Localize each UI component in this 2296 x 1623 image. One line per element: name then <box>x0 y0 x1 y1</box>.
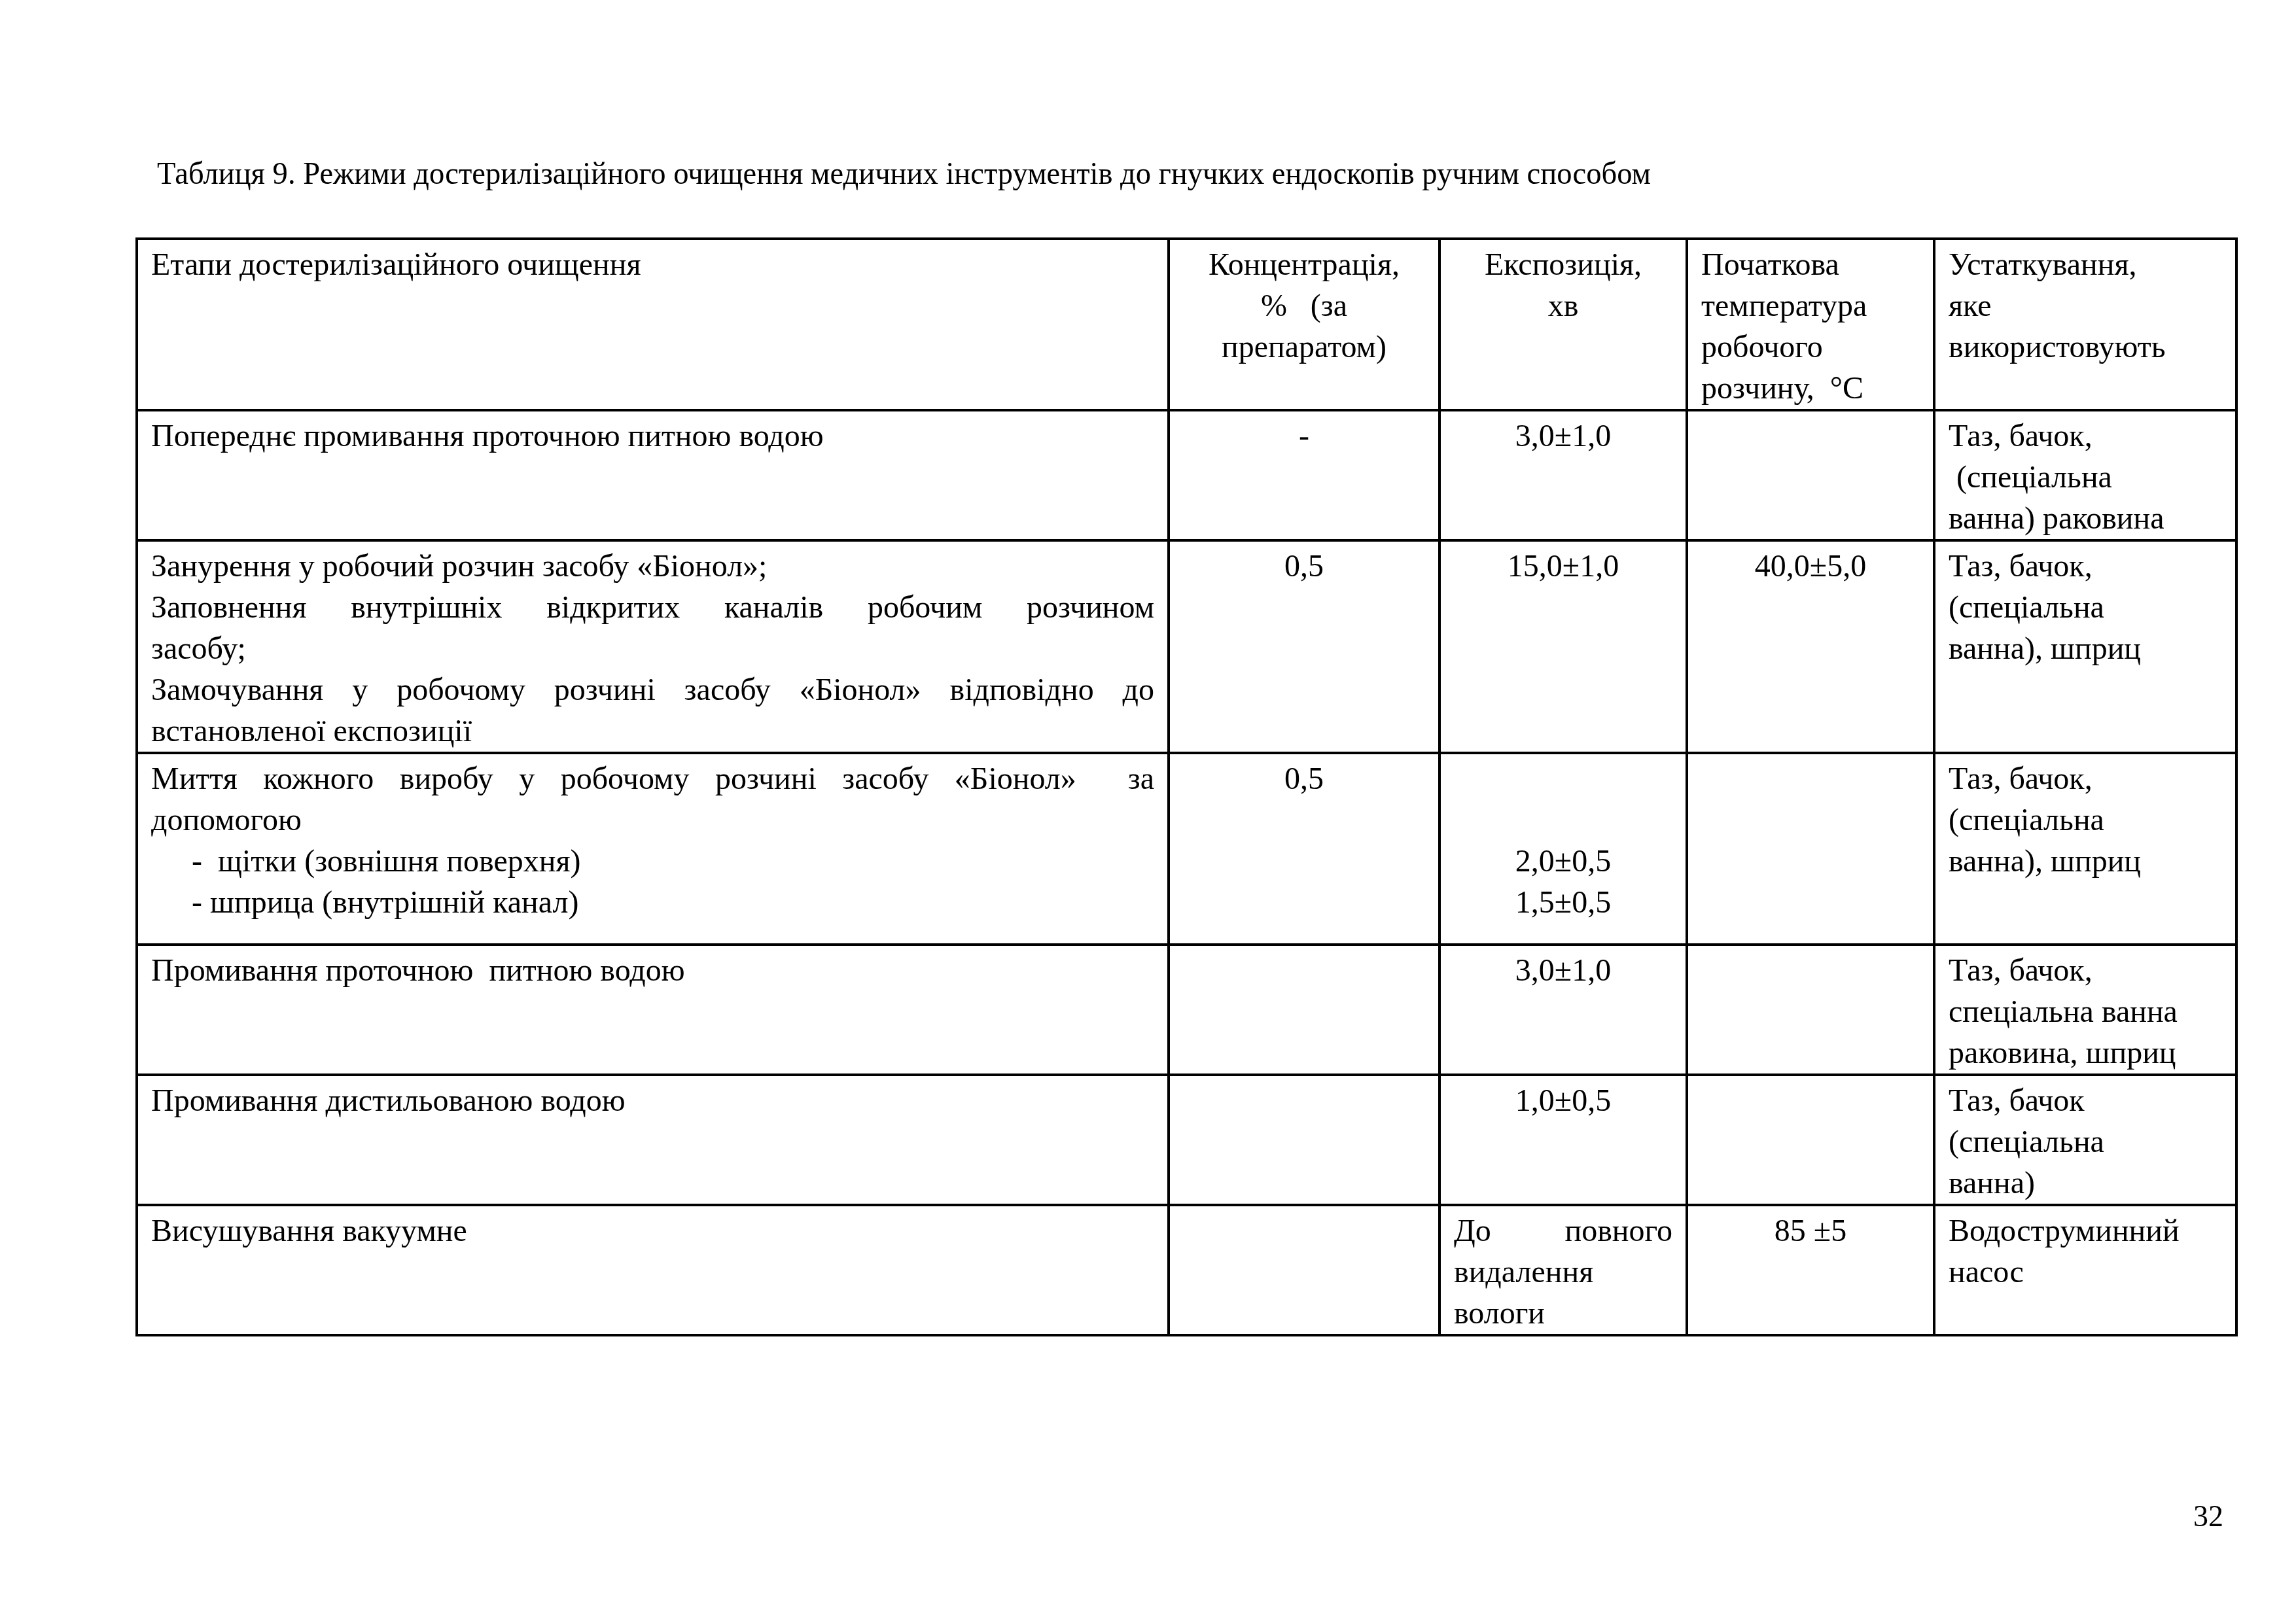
cell-exposure: 3,0±1,0 <box>1439 410 1687 540</box>
cell-concentration <box>1169 945 1439 1075</box>
page-number: 32 <box>2193 1498 2223 1535</box>
cell-temperature <box>1687 410 1934 540</box>
exposure-value: 2,0±0,5 <box>1454 841 1672 882</box>
stage-list-item: - щітки (зовнішня поверхня) <box>151 841 1154 882</box>
stage-text: Заповнення внутрішніх відкритих каналів … <box>151 587 1154 628</box>
cell-temperature <box>1687 945 1934 1075</box>
equipment-text: ванна) раковина <box>1949 498 2222 539</box>
exposure-value: 15,0±1,0 <box>1454 546 1672 587</box>
cell-temperature <box>1687 1075 1934 1205</box>
temperature-value: 40,0±5,0 <box>1701 546 1920 587</box>
cell-stage: Миття кожного виробу у робочому розчині … <box>137 753 1169 945</box>
header-stage: Етапи достерилізаційного очищення <box>137 239 1169 410</box>
stage-list-item: - шприца (внутрішній канал) <box>151 882 1154 923</box>
header-text: робочого <box>1701 326 1920 368</box>
equipment-text: (спеціальна <box>1949 457 2222 498</box>
table-row: Промивання проточною питною водою 3,0±1,… <box>137 945 2236 1075</box>
equipment-text: ванна) <box>1949 1162 2222 1204</box>
exposure-value: видалення <box>1454 1251 1672 1293</box>
exposure-value: вологи <box>1454 1293 1672 1334</box>
header-text: використовують <box>1949 326 2222 368</box>
cell-stage: Промивання проточною питною водою <box>137 945 1169 1075</box>
stage-text: Занурення у робочий розчин засобу «Біоно… <box>151 546 1154 587</box>
exposure-value: 3,0±1,0 <box>1454 415 1672 457</box>
stage-text: Замочування у робочому розчині засобу «Б… <box>151 669 1154 710</box>
stage-text: встановленої експозиції <box>151 710 1154 752</box>
cell-exposure: 3,0±1,0 <box>1439 945 1687 1075</box>
header-text: розчину, °С <box>1701 368 1920 409</box>
stage-text: Висушування вакуумне <box>151 1210 1154 1251</box>
stage-text: допомогою <box>151 799 1154 841</box>
temperature-value: 85 ±5 <box>1701 1210 1920 1251</box>
header-equipment: Устаткування, яке використовують <box>1934 239 2236 410</box>
table-header-row: Етапи достерилізаційного очищення Концен… <box>137 239 2236 410</box>
cell-stage: Промивання дистильованою водою <box>137 1075 1169 1205</box>
table-caption: Таблиця 9. Режими достерилізаційного очи… <box>157 154 1651 194</box>
table-row: Попереднє промивання проточною питною во… <box>137 410 2236 540</box>
equipment-text: насос <box>1949 1251 2231 1293</box>
header-text: хв <box>1454 285 1672 326</box>
cell-exposure: 15,0±1,0 <box>1439 540 1687 753</box>
exposure-value: 1,5±0,5 <box>1454 882 1672 923</box>
cell-concentration <box>1169 1205 1439 1335</box>
equipment-text: раковина, шприц <box>1949 1032 2231 1073</box>
equipment-text: Таз, бачок <box>1949 1080 2222 1121</box>
spacer <box>1454 799 1672 841</box>
table-row: Промивання дистильованою водою 1,0±0,5 Т… <box>137 1075 2236 1205</box>
cell-stage: Занурення у робочий розчин засобу «Біоно… <box>137 540 1169 753</box>
equipment-text: Таз, бачок, <box>1949 415 2222 457</box>
header-text: температура <box>1701 285 1920 326</box>
cell-concentration <box>1169 1075 1439 1205</box>
cell-exposure: До повного видалення вологи <box>1439 1205 1687 1335</box>
cell-stage: Висушування вакуумне <box>137 1205 1169 1335</box>
header-text: препаратом) <box>1183 326 1425 368</box>
spacer <box>1454 758 1672 799</box>
cell-equipment: Таз, бачок, (спеціальна ванна), шприц <box>1934 753 2236 945</box>
stage-text: Промивання проточною питною водою <box>151 950 1154 991</box>
cell-equipment: Таз, бачок, спеціальна ванна раковина, ш… <box>1934 945 2236 1075</box>
equipment-text: (спеціальна <box>1949 1121 2222 1162</box>
cell-temperature: 85 ±5 <box>1687 1205 1934 1335</box>
cell-concentration: 0,5 <box>1169 753 1439 945</box>
cleaning-modes-table: Етапи достерилізаційного очищення Концен… <box>135 237 2238 1336</box>
equipment-text: Таз, бачок, <box>1949 546 2222 587</box>
equipment-text: Таз, бачок, <box>1949 950 2231 991</box>
exposure-value: До повного <box>1454 1210 1672 1251</box>
stage-text: Попереднє промивання проточною питною во… <box>151 415 1154 457</box>
header-text: % (за <box>1183 285 1425 326</box>
table-row: Занурення у робочий розчин засобу «Біоно… <box>137 540 2236 753</box>
header-text: яке <box>1949 285 2222 326</box>
table-row: Висушування вакуумне До повного видаленн… <box>137 1205 2236 1335</box>
equipment-text: Таз, бачок, <box>1949 758 2222 799</box>
header-stage-text: Етапи достерилізаційного очищення <box>151 244 1154 285</box>
equipment-text: Водоструминний <box>1949 1210 2231 1251</box>
stage-text: засобу; <box>151 628 1154 669</box>
table-row: Миття кожного виробу у робочому розчині … <box>137 753 2236 945</box>
exposure-value: 3,0±1,0 <box>1454 950 1672 991</box>
equipment-text: ванна), шприц <box>1949 841 2222 882</box>
cell-temperature <box>1687 753 1934 945</box>
header-text: Концентрація, <box>1183 244 1425 285</box>
header-text: Початкова <box>1701 244 1920 285</box>
header-text: Устаткування, <box>1949 244 2222 285</box>
cell-stage: Попереднє промивання проточною питною во… <box>137 410 1169 540</box>
equipment-text: ванна), шприц <box>1949 628 2222 669</box>
equipment-text: (спеціальна <box>1949 799 2222 841</box>
stage-text: Миття кожного виробу у робочому розчині … <box>151 758 1154 799</box>
concentration-value: 0,5 <box>1183 546 1425 587</box>
cell-equipment: Таз, бачок, (спеціальна ванна) раковина <box>1934 410 2236 540</box>
cell-concentration: - <box>1169 410 1439 540</box>
header-exposure: Експозиція, хв <box>1439 239 1687 410</box>
equipment-text: спеціальна ванна <box>1949 991 2231 1032</box>
cell-equipment: Водоструминний насос <box>1934 1205 2236 1335</box>
concentration-value: - <box>1183 415 1425 457</box>
cell-equipment: Таз, бачок (спеціальна ванна) <box>1934 1075 2236 1205</box>
concentration-value: 0,5 <box>1183 758 1425 799</box>
stage-text: Промивання дистильованою водою <box>151 1080 1154 1121</box>
cell-exposure: 2,0±0,5 1,5±0,5 <box>1439 753 1687 945</box>
cell-equipment: Таз, бачок, (спеціальна ванна), шприц <box>1934 540 2236 753</box>
exposure-value: 1,0±0,5 <box>1454 1080 1672 1121</box>
header-text: Експозиція, <box>1454 244 1672 285</box>
equipment-text: (спеціальна <box>1949 587 2222 628</box>
header-concentration: Концентрація, % (за препаратом) <box>1169 239 1439 410</box>
cell-concentration: 0,5 <box>1169 540 1439 753</box>
header-temperature: Початкова температура робочого розчину, … <box>1687 239 1934 410</box>
cell-temperature: 40,0±5,0 <box>1687 540 1934 753</box>
cell-exposure: 1,0±0,5 <box>1439 1075 1687 1205</box>
